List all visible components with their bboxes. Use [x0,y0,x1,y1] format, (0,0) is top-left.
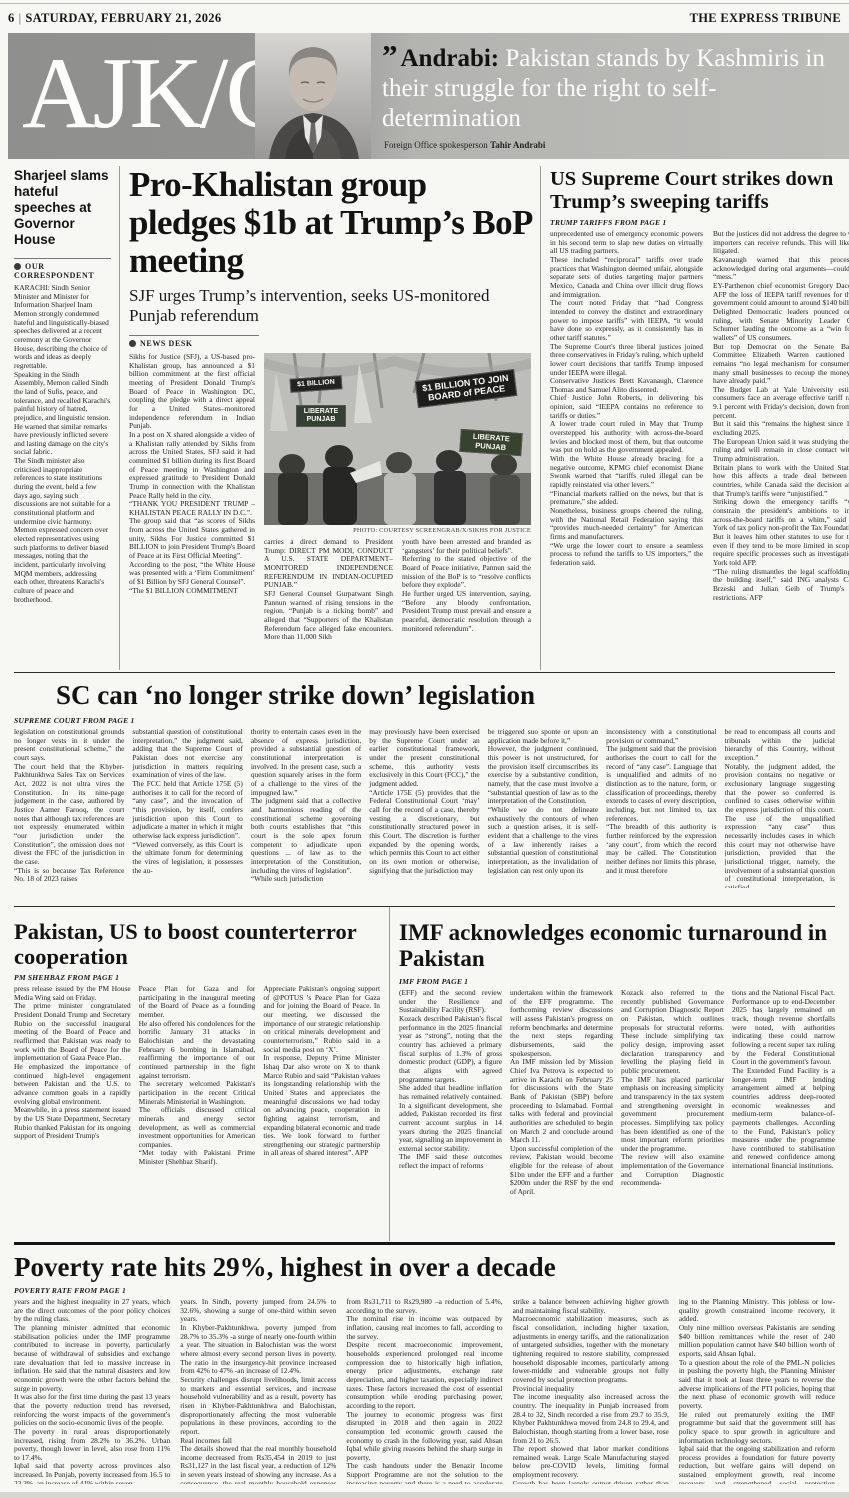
sc-ruling-col-1: legislation on constitutional grounds no… [14,728,124,888]
scotus-cols: unprecedented use of emergency economic … [550,230,849,658]
scotus-kicker: TRUMP TARIFFS FROM PAGE 1 [550,218,849,227]
sc-ruling-col-6: inconsistency with a constitutional prov… [606,728,716,888]
byline-icon [129,340,136,347]
article-sc-ruling: SC can ‘no longer strike down’ legislati… [14,672,835,905]
imf-cols: (EFF) and the second review under the Re… [399,989,835,1227]
quote-attribution: Foreign Office spokesperson Tahir Andrab… [384,140,545,150]
attribution-role: Foreign Office spokesperson [384,140,490,150]
poverty-cols: years and the highest inequality in 27 y… [14,1298,835,1484]
quote-speaker: Andrabi: [401,45,500,72]
edition-info: 6|SATURDAY, FEBRUARY 21, 2026 [8,11,221,26]
counterterror-col-2: Peace Plan for Gaza and for participatin… [139,985,256,1217]
khalistan-lower-cols: carries a direct demand to President Tru… [264,538,531,656]
middle-article-band: Pakistan, US to boost counterterror coop… [14,906,835,1241]
poverty-headline: Poverty rate hits 29%, highest in over a… [14,1252,835,1282]
top-article-band: Sharjeel slams hateful speeches at Gover… [14,166,835,670]
khalistan-body: Sikhs for Justice (SFJ), a US-based pro-… [129,353,531,661]
imf-col-2: undertaken within the framework of the E… [510,989,613,1227]
khalistan-right-block: $1 BILLION LIBERATE PUNJAB $1 BILLION TO… [264,353,531,661]
sc-ruling-col-7: be read to encompass all courts and trib… [725,728,835,888]
sc-ruling-col-3: thority to entertain cases even in the a… [251,728,361,888]
sharjeel-byline: OUR CORRESPONDENT [14,258,111,280]
scotus-col-2: But the justices did not address the deg… [713,230,849,658]
edition-date: SATURDAY, FEBRUARY 21, 2026 [25,11,221,25]
khalistan-col-2: carries a direct demand to President Tru… [264,538,393,656]
khalistan-byline: NEWS DESK [129,335,259,348]
sc-ruling-col-4: may previously have been exercised by th… [369,728,479,888]
scotus-col-1: unprecedented use of emergency economic … [550,230,703,658]
khalistan-col-1: Sikhs for Justice (SFJ), a US-based pro-… [129,353,255,661]
scotus-headline: US Supreme Court strikes down Trump’s sw… [550,168,849,214]
byline-icon [14,263,21,270]
masthead-quote: ”Andrabi: Pakistan stands by Kashmiris i… [382,41,844,134]
counterterror-col-1: press release issued by the PM House Med… [14,985,131,1217]
attribution-name: Tahir Andrabi [490,140,545,150]
imf-kicker: IMF FROM PAGE 1 [399,977,835,986]
poverty-col-2: years. In Sindh, poverty jumped from 24.… [180,1298,336,1484]
counterterror-headline: Pakistan, US to boost counterterror coop… [14,919,380,969]
byline-text: OUR CORRESPONDENT [14,262,94,280]
article-imf: IMF acknowledges economic turnaround in … [390,907,835,1241]
newspaper-page: 6|SATURDAY, FEBRUARY 21, 2026 THE EXPRES… [0,0,849,1497]
spokesperson-photo [255,33,371,159]
article-khalistan: Pro-Khalistan group pledges $1b at Trump… [120,166,541,670]
article-sharjeel: Sharjeel slams hateful speeches at Gover… [14,166,120,670]
protest-sign: LIBERATE PUNJAB [459,429,522,457]
khalistan-col-3: youth have been arrested and branded as … [402,538,531,656]
poverty-col-5: ing to the Planning Ministry. This joble… [679,1298,835,1484]
separator: | [19,11,22,25]
photo-caption: PHOTO: COURTESY SCREENGRAB/X/SIKHS FOR J… [264,527,531,534]
rally-photo: $1 BILLION LIBERATE PUNJAB $1 BILLION TO… [264,353,531,525]
page-number: 6 [8,11,15,25]
article-counterterror: Pakistan, US to boost counterterror coop… [14,907,390,1241]
poverty-col-4: strike a balance between achieving highe… [513,1298,669,1484]
article-poverty: Poverty rate hits 29%, highest in over a… [14,1242,835,1495]
imf-col-1: (EFF) and the second review under the Re… [399,989,502,1227]
protest-sign: LIBERATE PUNJAB [296,405,346,427]
top-hairline [0,3,849,4]
page-bottom-edge [0,1492,849,1497]
quote-icon: ” [382,38,395,73]
sc-ruling-cols: legislation on constitutional grounds no… [14,728,835,888]
counterterror-cols: press release issued by the PM House Med… [14,985,380,1217]
imf-headline: IMF acknowledges economic turnaround in … [399,920,835,972]
paper-name: THE EXPRESS TRIBUNE [690,11,841,26]
sharjeel-body: KARACHI: Sindh Senior Minister and Minis… [14,284,111,704]
article-scotus-tariffs: US Supreme Court strikes down Trump’s sw… [541,166,849,670]
portrait-illustration [255,33,371,159]
imf-col-3: Kozack also referred to the recently pub… [621,989,724,1227]
byline-text: NEWS DESK [140,339,193,348]
section-masthead: AJK/GB ”Andra [8,33,849,159]
khalistan-deck: SJF urges Trump’s intervention, seeks US… [129,286,531,326]
page-header: 6|SATURDAY, FEBRUARY 21, 2026 THE EXPRES… [8,11,841,26]
counterterror-col-3: Appreciate Pakistan's ongoing support of… [263,985,380,1217]
counterterror-kicker: PM SHEHBAZ FROM PAGE 1 [14,973,380,982]
imf-col-4: tions and the National Fiscal Pact. Perf… [732,989,835,1227]
sc-ruling-col-5: be triggered suo sponte or upon an appli… [488,728,598,888]
poverty-kicker: POVERTY RATE FROM PAGE 1 [14,1286,835,1295]
poverty-col-1: years and the highest inequality in 27 y… [14,1298,170,1484]
khalistan-headline: Pro-Khalistan group pledges $1b at Trump… [129,166,531,280]
sharjeel-headline: Sharjeel slams hateful speeches at Gover… [14,168,111,248]
sc-ruling-kicker: SUPREME COURT FROM PAGE 1 [14,716,835,725]
poverty-col-3: from Rs31,711 to Rs29,980 –a reduction o… [346,1298,502,1484]
sc-ruling-headline: SC can ‘no longer strike down’ legislati… [56,680,835,710]
sc-ruling-col-2: substantial question of constitutional i… [132,728,242,888]
